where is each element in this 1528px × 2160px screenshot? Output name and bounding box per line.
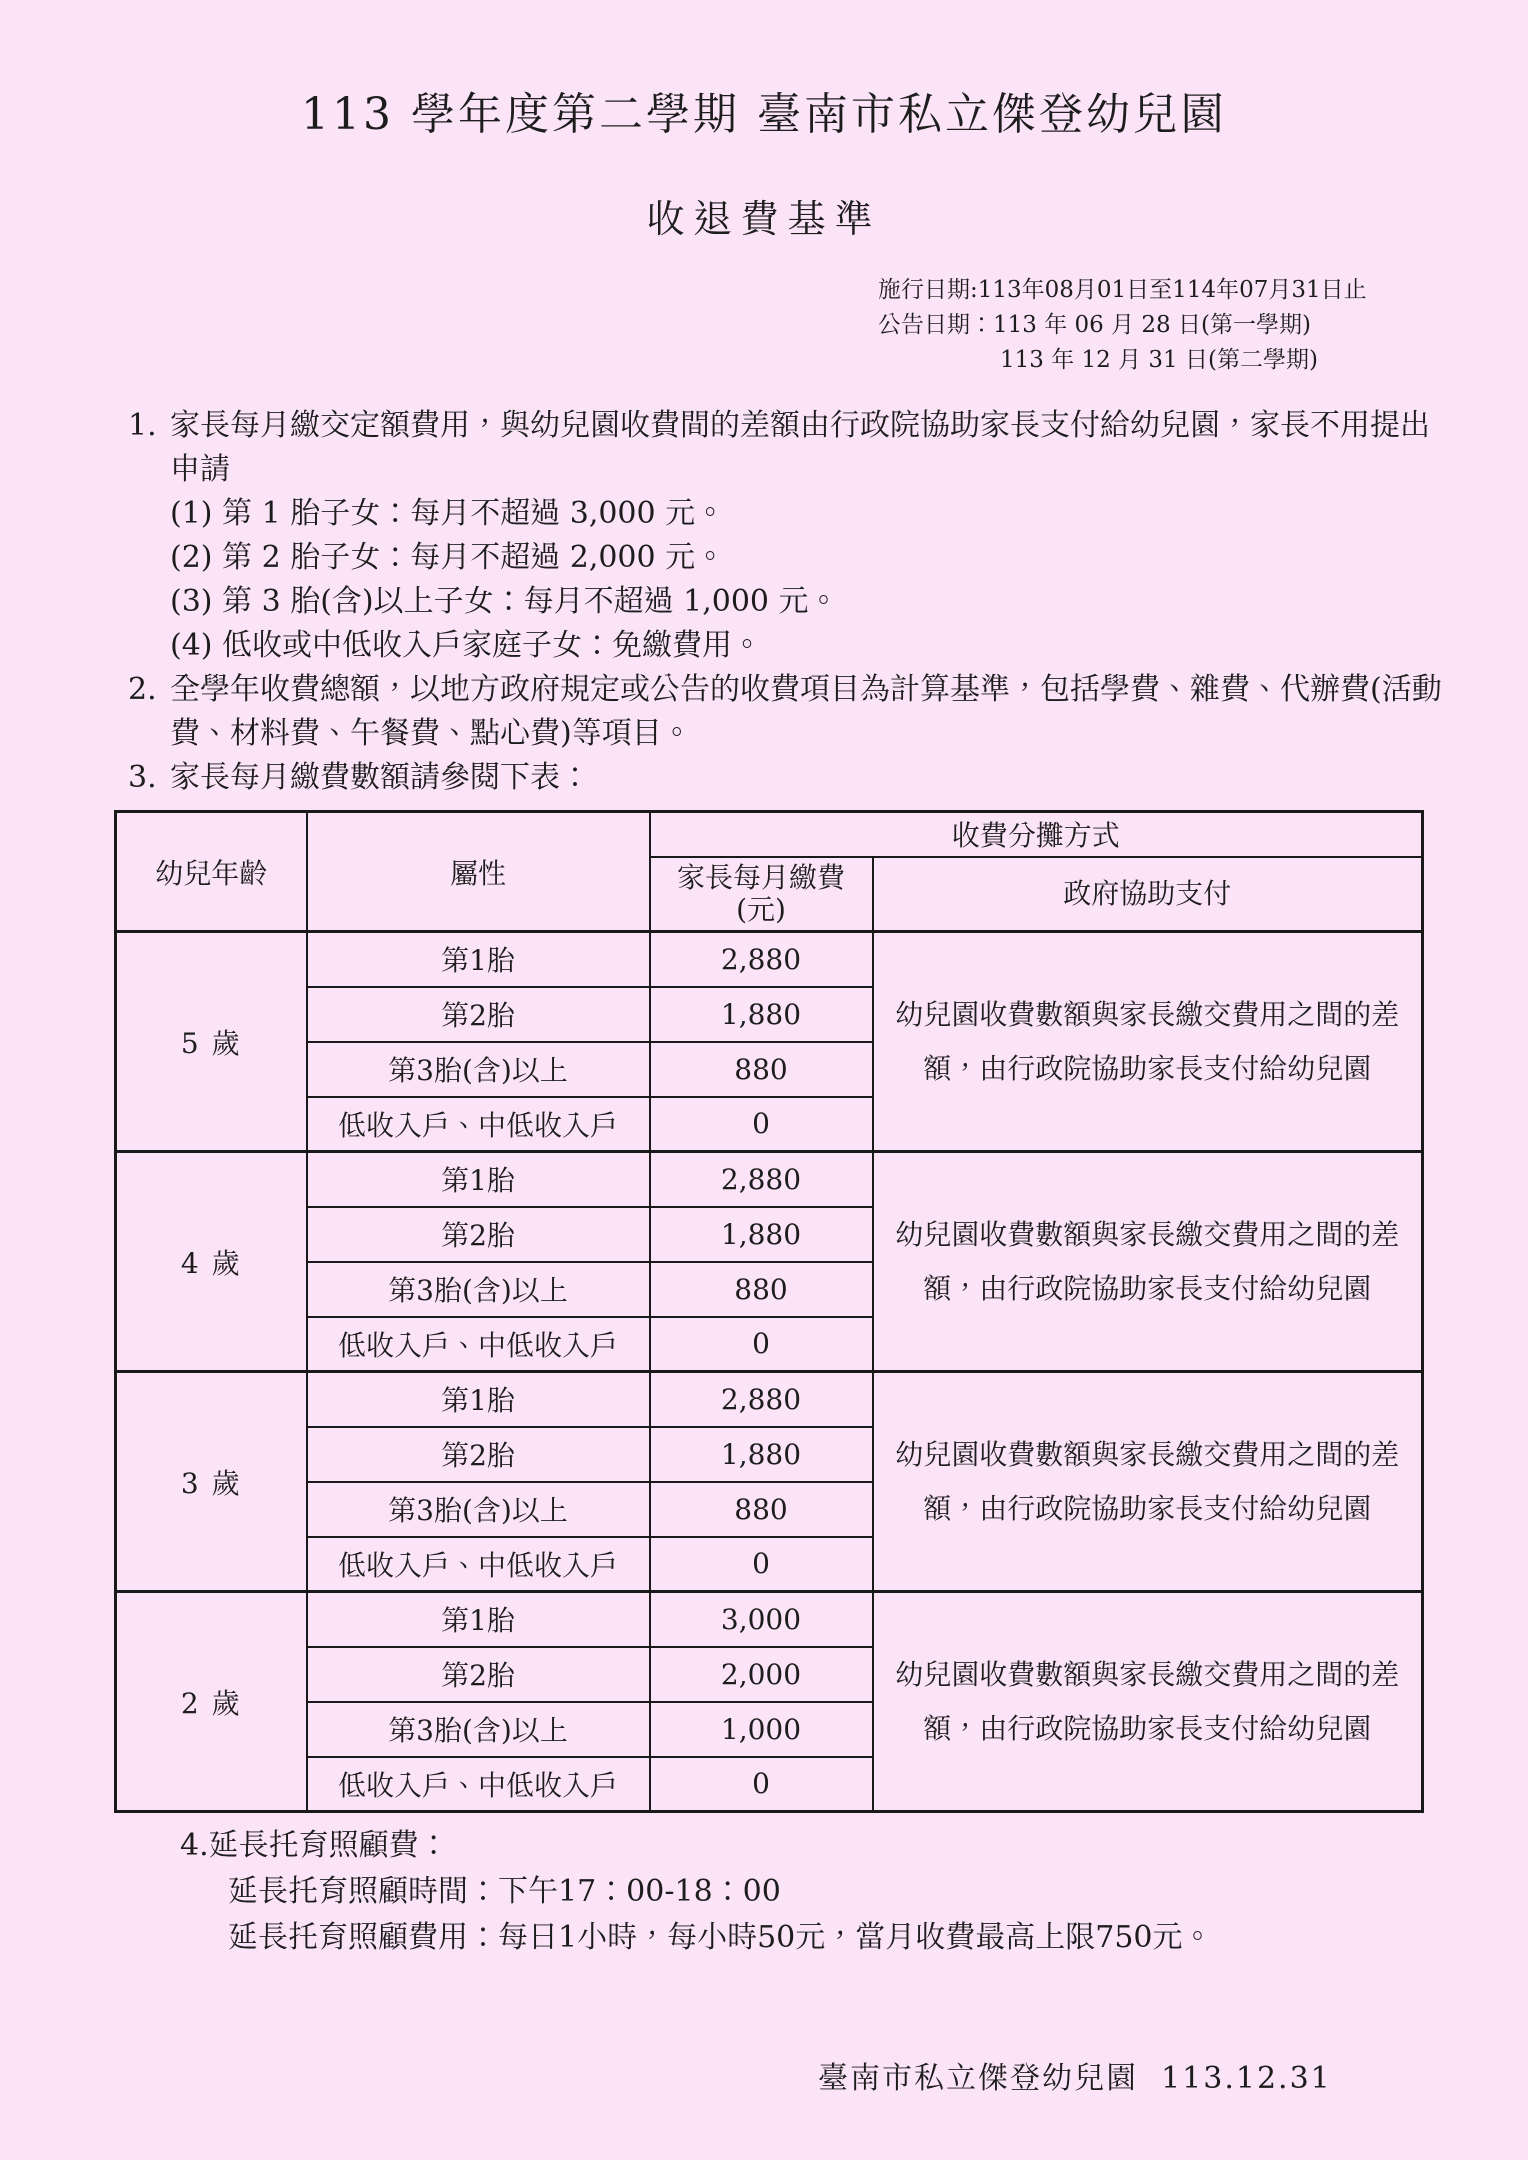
- list-item-1-sub-2: (2) 第 2 胎子女：每月不超過 2,000 元。: [170, 536, 1458, 580]
- attribute-cell: 第2胎: [307, 1427, 650, 1482]
- header-parent-fee-line1: 家長每月繳費: [677, 861, 845, 894]
- table-row: 5 歲 第1胎 2,880 幼兒園收費數額與家長繳交費用之間的差額，由行政院協助…: [116, 932, 1423, 987]
- extended-care-section: 4.延長托育照顧費： 延長托育照顧時間：下午17：00-18：00 延長托育照顧…: [180, 1823, 1528, 1961]
- fee-cell: 2,000: [650, 1647, 873, 1702]
- list-item-3: 3. 家長每月繳費數額請參閱下表：: [128, 756, 1458, 800]
- table-row: 3 歲 第1胎 2,880 幼兒園收費數額與家長繳交費用之間的差額，由行政院協助…: [116, 1372, 1423, 1427]
- fee-cell: 1,880: [650, 987, 873, 1042]
- announce-date-semester2: 113 年 12 月 31 日(第二學期): [878, 343, 1528, 378]
- attribute-cell: 第3胎(含)以上: [307, 1042, 650, 1097]
- attribute-cell: 第1胎: [307, 1152, 650, 1207]
- age-cell-3y: 3 歲: [116, 1372, 307, 1592]
- age-cell-5y: 5 歲: [116, 932, 307, 1152]
- fee-cell: 1,880: [650, 1207, 873, 1262]
- attribute-cell: 低收入戶、中低收入戶: [307, 1537, 650, 1592]
- attribute-cell: 第3胎(含)以上: [307, 1482, 650, 1537]
- attribute-cell: 第1胎: [307, 1372, 650, 1427]
- fee-table: 幼兒年齡 屬性 收費分攤方式 家長每月繳費(元) 政府協助支付 5 歲 第1胎 …: [114, 810, 1424, 1813]
- header-fee-share: 收費分攤方式: [650, 812, 1423, 857]
- attribute-cell: 第3胎(含)以上: [307, 1262, 650, 1317]
- fee-cell: 880: [650, 1042, 873, 1097]
- fee-cell: 2,880: [650, 1372, 873, 1427]
- page-subtitle: 收退費基準: [0, 188, 1528, 243]
- attribute-cell: 低收入戶、中低收入戶: [307, 1097, 650, 1152]
- fee-cell: 880: [650, 1482, 873, 1537]
- list-item-3-number: 3.: [128, 756, 170, 800]
- extended-care-heading: 4.延長托育照顧費：: [180, 1823, 1528, 1869]
- date-block: 施行日期:113年08月01日至114年07月31日止 公告日期：113 年 0…: [878, 273, 1528, 378]
- list-item-3-text: 家長每月繳費數額請參閱下表：: [170, 756, 1458, 800]
- extended-care-time: 延長托育照顧時間：下午17：00-18：00: [228, 1869, 1528, 1915]
- document-page: 113 學年度第二學期 臺南市私立傑登幼兒園 收退費基準 施行日期:113年08…: [0, 0, 1528, 2160]
- attribute-cell: 低收入戶、中低收入戶: [307, 1757, 650, 1812]
- fee-cell: 0: [650, 1097, 873, 1152]
- fee-cell: 2,880: [650, 1152, 873, 1207]
- list-item-2: 2. 全學年收費總額，以地方政府規定或公告的收費項目為計算基準，包括學費、雜費、…: [128, 668, 1458, 756]
- list-item-1-sub-3: (3) 第 3 胎(含)以上子女：每月不超過 1,000 元。: [170, 580, 1458, 624]
- fee-cell: 1,880: [650, 1427, 873, 1482]
- attribute-cell: 第2胎: [307, 987, 650, 1042]
- age-cell-4y: 4 歲: [116, 1152, 307, 1372]
- list-item-2-text: 全學年收費總額，以地方政府規定或公告的收費項目為計算基準，包括學費、雜費、代辦費…: [170, 668, 1458, 756]
- attribute-cell: 第1胎: [307, 932, 650, 987]
- effective-date: 施行日期:113年08月01日至114年07月31日止: [878, 273, 1528, 308]
- attribute-cell: 第3胎(含)以上: [307, 1702, 650, 1757]
- list-item-1: 1. 家長每月繳交定額費用，與幼兒園收費間的差額由行政院協助家長支付給幼兒園，家…: [128, 404, 1458, 492]
- header-parent-fee: 家長每月繳費(元): [650, 857, 873, 932]
- signature-line: 臺南市私立傑登幼兒園 113.12.31: [818, 2053, 1528, 2097]
- announce-date-semester1: 公告日期：113 年 06 月 28 日(第一學期): [878, 308, 1528, 343]
- fee-cell: 2,880: [650, 932, 873, 987]
- header-gov-pay: 政府協助支付: [873, 857, 1423, 932]
- table-row: 2 歲 第1胎 3,000 幼兒園收費數額與家長繳交費用之間的差額，由行政院協助…: [116, 1592, 1423, 1647]
- gov-note-cell: 幼兒園收費數額與家長繳交費用之間的差額，由行政院協助家長支付給幼兒園: [873, 1372, 1423, 1592]
- header-parent-fee-line2: (元): [736, 893, 786, 926]
- list-item-1-sub-4: (4) 低收或中低收入戶家庭子女：免繳費用。: [170, 624, 1458, 668]
- fee-cell: 3,000: [650, 1592, 873, 1647]
- header-attribute: 屬性: [307, 812, 650, 932]
- list-item-1-sub-1: (1) 第 1 胎子女：每月不超過 3,000 元。: [170, 492, 1458, 536]
- fee-cell: 0: [650, 1317, 873, 1372]
- fee-cell: 1,000: [650, 1702, 873, 1757]
- attribute-cell: 第1胎: [307, 1592, 650, 1647]
- table-row: 4 歲 第1胎 2,880 幼兒園收費數額與家長繳交費用之間的差額，由行政院協助…: [116, 1152, 1423, 1207]
- fee-cell: 880: [650, 1262, 873, 1317]
- header-age: 幼兒年齡: [116, 812, 307, 932]
- gov-note-cell: 幼兒園收費數額與家長繳交費用之間的差額，由行政院協助家長支付給幼兒園: [873, 1592, 1423, 1812]
- list-item-1-number: 1.: [128, 404, 170, 492]
- list-item-2-number: 2.: [128, 668, 170, 756]
- attribute-cell: 第2胎: [307, 1647, 650, 1702]
- list-item-1-text: 家長每月繳交定額費用，與幼兒園收費間的差額由行政院協助家長支付給幼兒園，家長不用…: [170, 404, 1458, 492]
- rules-list: 1. 家長每月繳交定額費用，與幼兒園收費間的差額由行政院協助家長支付給幼兒園，家…: [128, 404, 1458, 800]
- fee-cell: 0: [650, 1537, 873, 1592]
- age-cell-2y: 2 歲: [116, 1592, 307, 1812]
- attribute-cell: 第2胎: [307, 1207, 650, 1262]
- extended-care-fee: 延長托育照顧費用：每日1小時，每小時50元，當月收費最高上限750元。: [228, 1915, 1528, 1961]
- attribute-cell: 低收入戶、中低收入戶: [307, 1317, 650, 1372]
- gov-note-cell: 幼兒園收費數額與家長繳交費用之間的差額，由行政院協助家長支付給幼兒園: [873, 932, 1423, 1152]
- page-title: 113 學年度第二學期 臺南市私立傑登幼兒園: [0, 0, 1528, 142]
- gov-note-cell: 幼兒園收費數額與家長繳交費用之間的差額，由行政院協助家長支付給幼兒園: [873, 1152, 1423, 1372]
- fee-cell: 0: [650, 1757, 873, 1812]
